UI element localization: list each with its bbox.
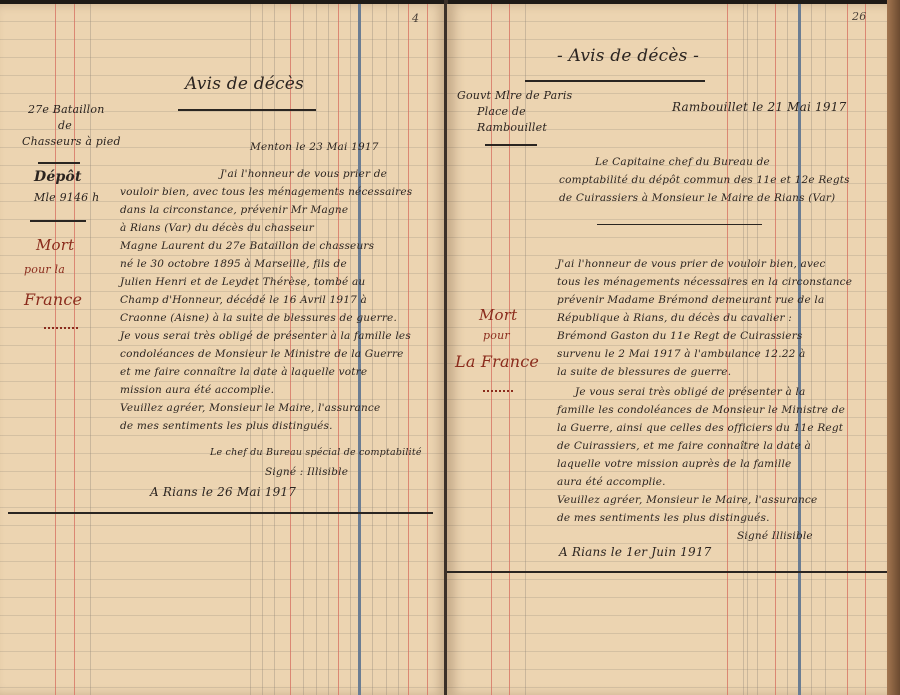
- register-spread: 4 Avis de décès 27e Bataillon de Chasseu…: [0, 0, 900, 695]
- book-edge: [887, 0, 900, 695]
- right-page: 26 - Avis de décès - Gouvt Mlre de Paris…: [447, 4, 887, 695]
- page-number: 4: [412, 12, 419, 25]
- entry-separator: [8, 512, 433, 514]
- margin-mort: Mort: [36, 236, 74, 254]
- closing-date: A Rians le 26 Mai 1917: [150, 484, 296, 502]
- dateline: Menton le 23 Mai 1917: [250, 139, 379, 157]
- margin-la-france: La France: [455, 352, 539, 371]
- entry-separator: [447, 571, 887, 573]
- title-underline: [178, 109, 316, 111]
- signature-title: Le chef du Bureau spécial de comptabilit…: [210, 444, 422, 462]
- margin-pour: pour: [483, 328, 510, 343]
- margin-unit-line3: Chasseurs à pied: [22, 134, 121, 149]
- signature: Signé : Illisible: [265, 464, 348, 482]
- page-title: - Avis de décès -: [557, 46, 699, 66]
- margin-header-line3: Rambouillet: [477, 120, 547, 135]
- margin-pour-la: pour la: [24, 262, 65, 277]
- margin-depot-label: Dépôt: [34, 170, 82, 185]
- margin-depot-number: Mle 9146 h: [34, 190, 99, 205]
- margin-mort: Mort: [479, 306, 517, 324]
- margin-header-line2: Place de: [477, 104, 526, 119]
- signature: Signé Illisible: [737, 528, 813, 546]
- dateline: Rambouillet le 21 Mai 1917: [672, 99, 846, 117]
- left-page: 4 Avis de décès 27e Bataillon de Chasseu…: [0, 4, 445, 695]
- page-number: 26: [852, 10, 866, 23]
- closing-date: A Rians le 1er Juin 1917: [559, 544, 712, 562]
- page-title: Avis de décès: [185, 74, 304, 94]
- margin-header-line1: Gouvt Mlre de Paris: [457, 88, 572, 103]
- margin-unit-line2: de: [58, 118, 72, 133]
- title-underline: [525, 80, 705, 82]
- margin-unit-line1: 27e Bataillon: [28, 102, 105, 117]
- margin-france: France: [24, 290, 82, 309]
